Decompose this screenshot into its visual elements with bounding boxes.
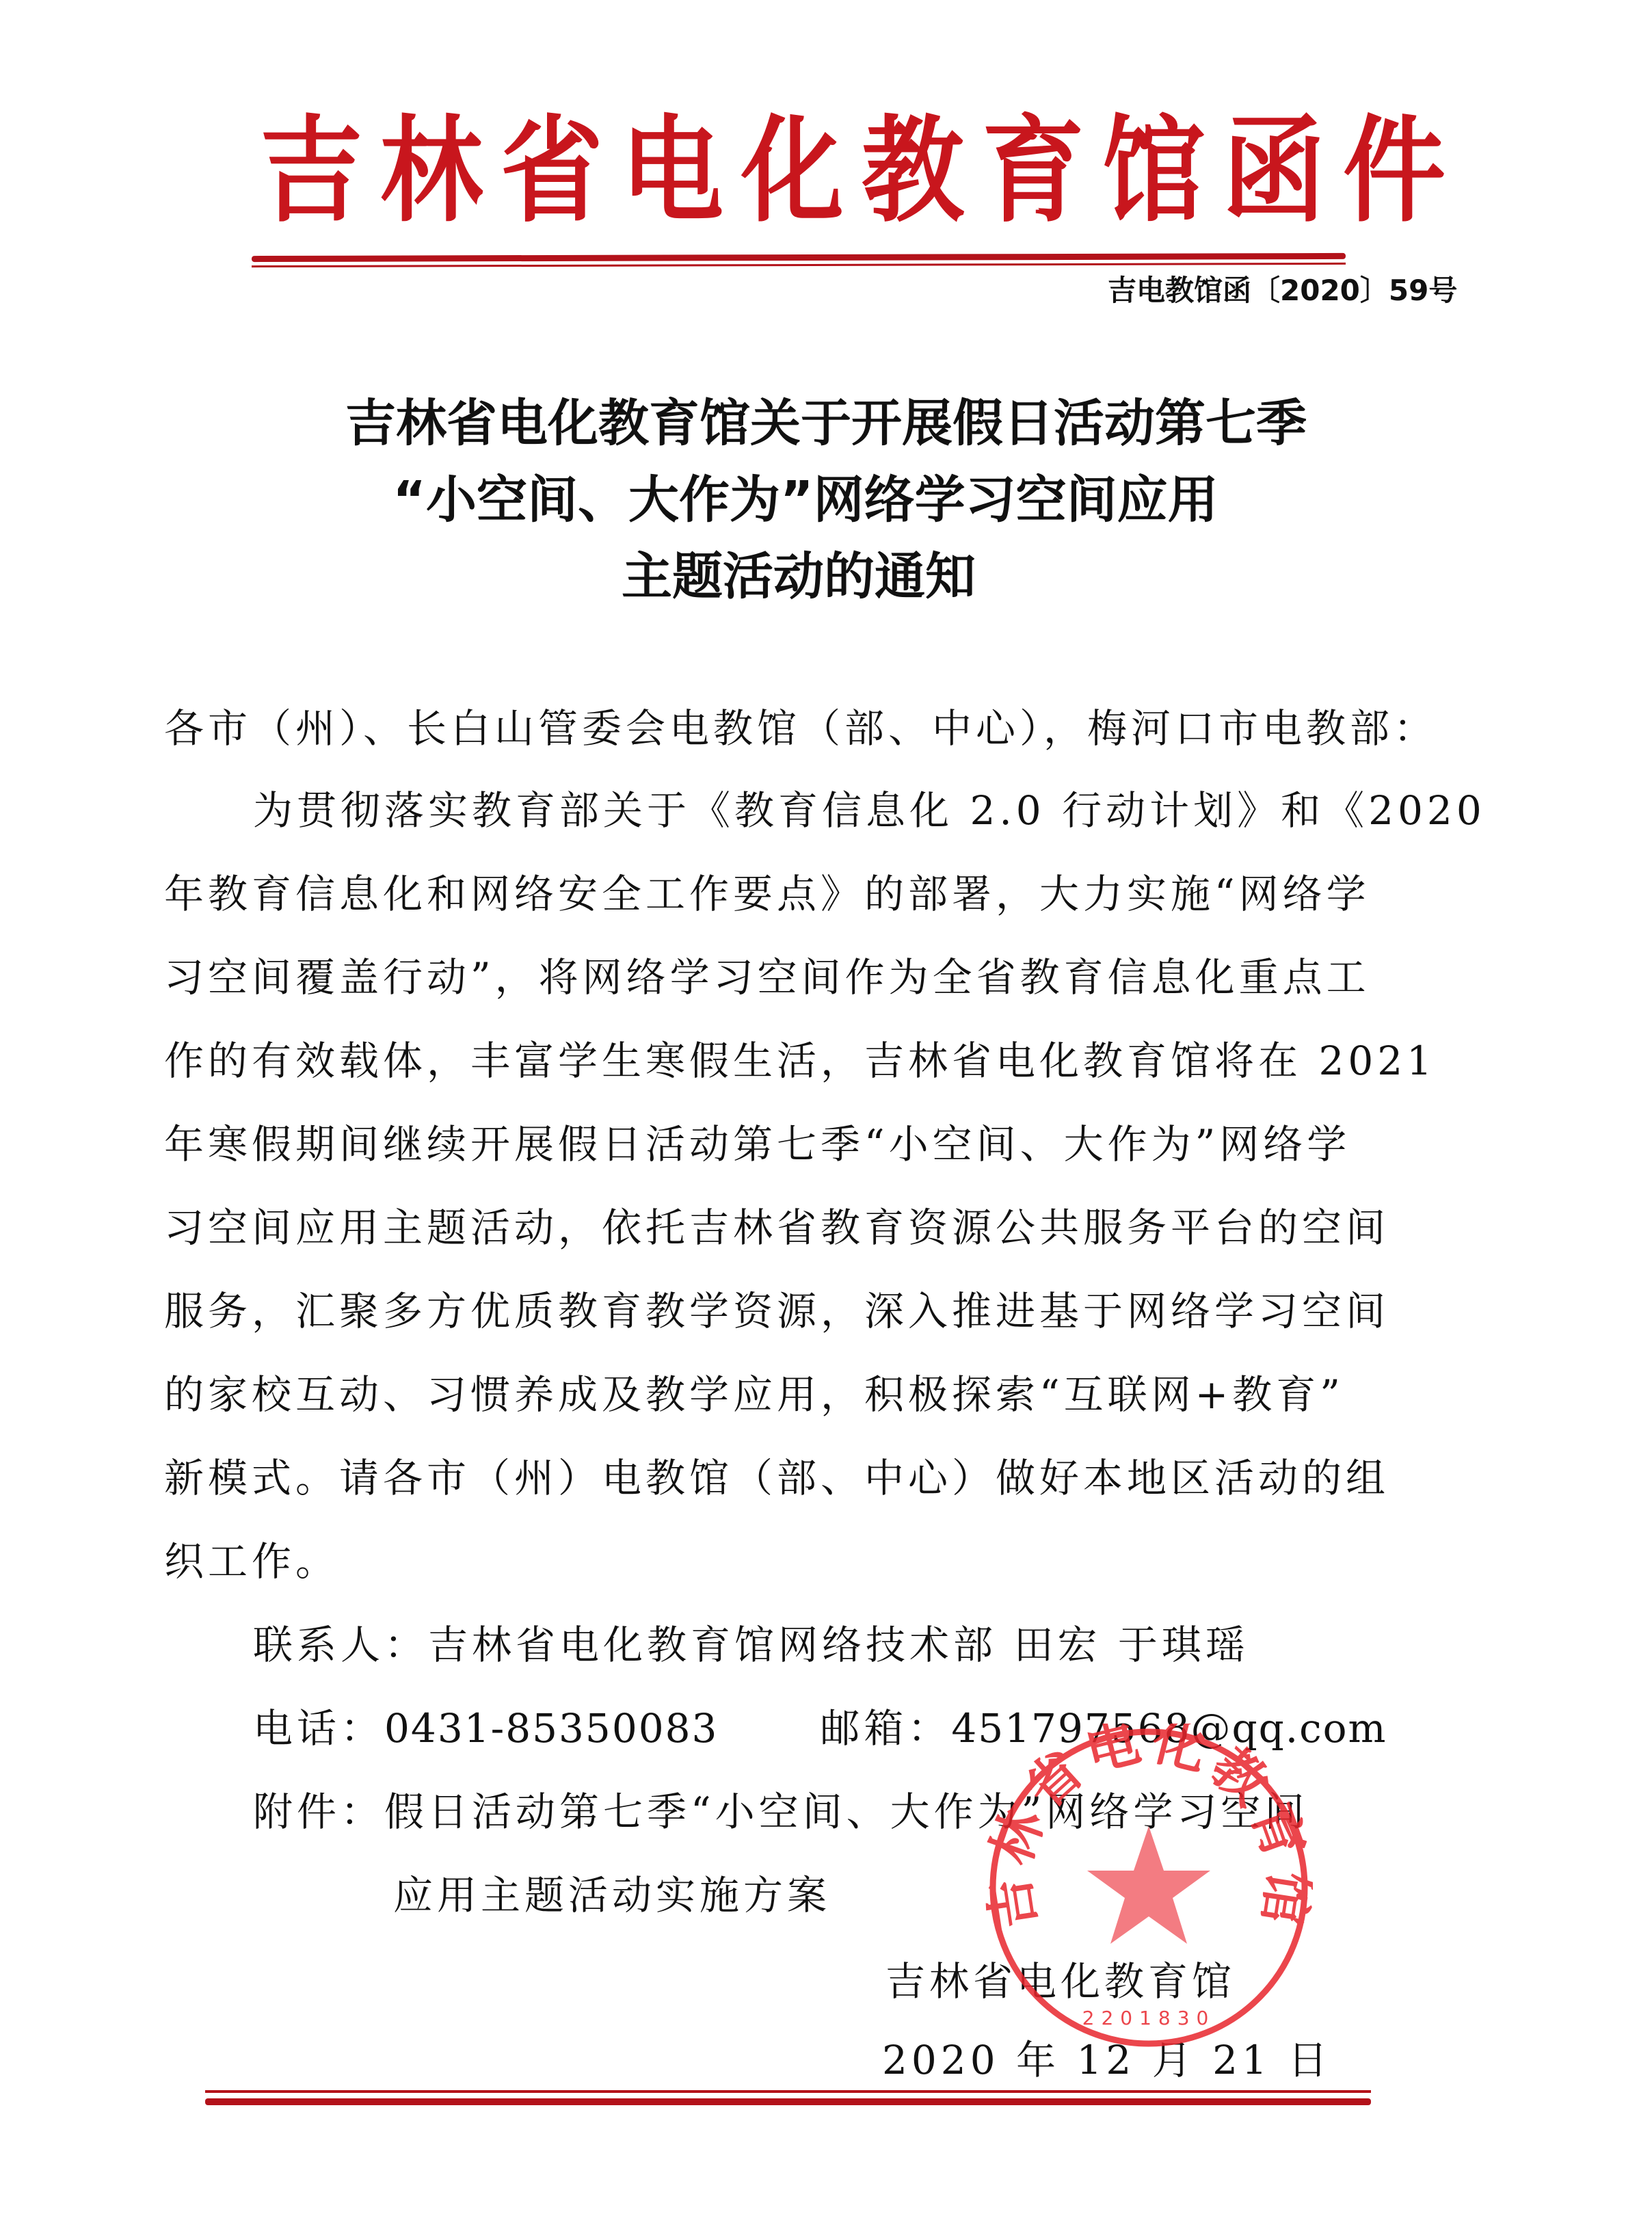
signature-date: 2020 年 12 月 21 日 <box>882 2028 1331 2085</box>
body-line: 新模式。请各市（州）电教馆（部、中心）做好本地区活动的组 <box>164 1454 1389 1502</box>
phone-number: 0431-85350083 <box>384 1705 718 1752</box>
body-line: 织工作。 <box>164 1538 339 1585</box>
contact-phone-row: 电话：0431-85350083 邮箱：451797568@qq.com <box>253 1704 1387 1752</box>
attachment-title-line-1: 假日活动第七季“小空间、大作为”网络学习空间 <box>384 1789 1308 1835</box>
body-line: 年寒假期间继续开展假日活动第七季“小空间、大作为”网络学 <box>164 1120 1350 1168</box>
letterhead-title: 吉林省电化教育馆函件 <box>260 103 1354 241</box>
body-line: 年教育信息化和网络安全工作要点》的部署，大力实施“网络学 <box>164 870 1370 918</box>
notice-title-line-2: “小空间、大作为”网络学习空间应用 <box>0 460 1631 532</box>
body-line: 为贯彻落实教育部关于《教育信息化 2.0 行动计划》和《2020 <box>253 787 1486 834</box>
document-number: 吉电教馆函〔2020〕59号 <box>1108 268 1457 309</box>
attachment-label: 附件： <box>253 1789 384 1835</box>
bottom-rule-thin <box>205 2090 1371 2093</box>
contact-person: 联系人：吉林省电化教育馆网络技术部 田宏 于琪瑶 <box>253 1621 1249 1669</box>
notice-title-line-1: 吉林省电化教育馆关于开展假日活动第七季 <box>0 383 1652 456</box>
phone-label: 电话： <box>253 1705 384 1752</box>
signature-organization: 吉林省电化教育馆 <box>885 1949 1236 2007</box>
body-line: 作的有效载体，丰富学生寒假生活，吉林省电化教育馆将在 2021 <box>164 1037 1436 1085</box>
body-line: 服务，汇聚多方优质教育教学资源，深入推进基于网络学习空间 <box>164 1287 1389 1335</box>
body-line: 的家校互动、习惯养成及教学应用，积极探索“互联网+教育” <box>164 1371 1344 1419</box>
body-line: 习空间覆盖行动”，将网络学习空间作为全省教育信息化重点工 <box>164 953 1370 1001</box>
notice-title-line-3: 主题活动的通知 <box>0 536 1625 609</box>
salutation: 各市（州）、长白山管委会电教馆（部、中心），梅河口市电教部： <box>164 704 1437 752</box>
seal-serial: 2201830 <box>1082 2007 1216 2029</box>
email-address: 451797568@qq.com <box>951 1705 1387 1752</box>
email-label: 邮箱： <box>820 1705 951 1752</box>
body-line: 习空间应用主题活动，依托吉林省教育资源公共服务平台的空间 <box>164 1204 1389 1252</box>
bottom-rule-thick <box>205 2098 1371 2105</box>
attachment-title-line-2: 应用主题活动实施方案 <box>393 1871 831 1919</box>
attachment-row: 附件：假日活动第七季“小空间、大作为”网络学习空间 <box>253 1788 1308 1836</box>
top-rule-thick <box>252 253 1346 262</box>
top-rule-thin <box>252 263 1346 267</box>
